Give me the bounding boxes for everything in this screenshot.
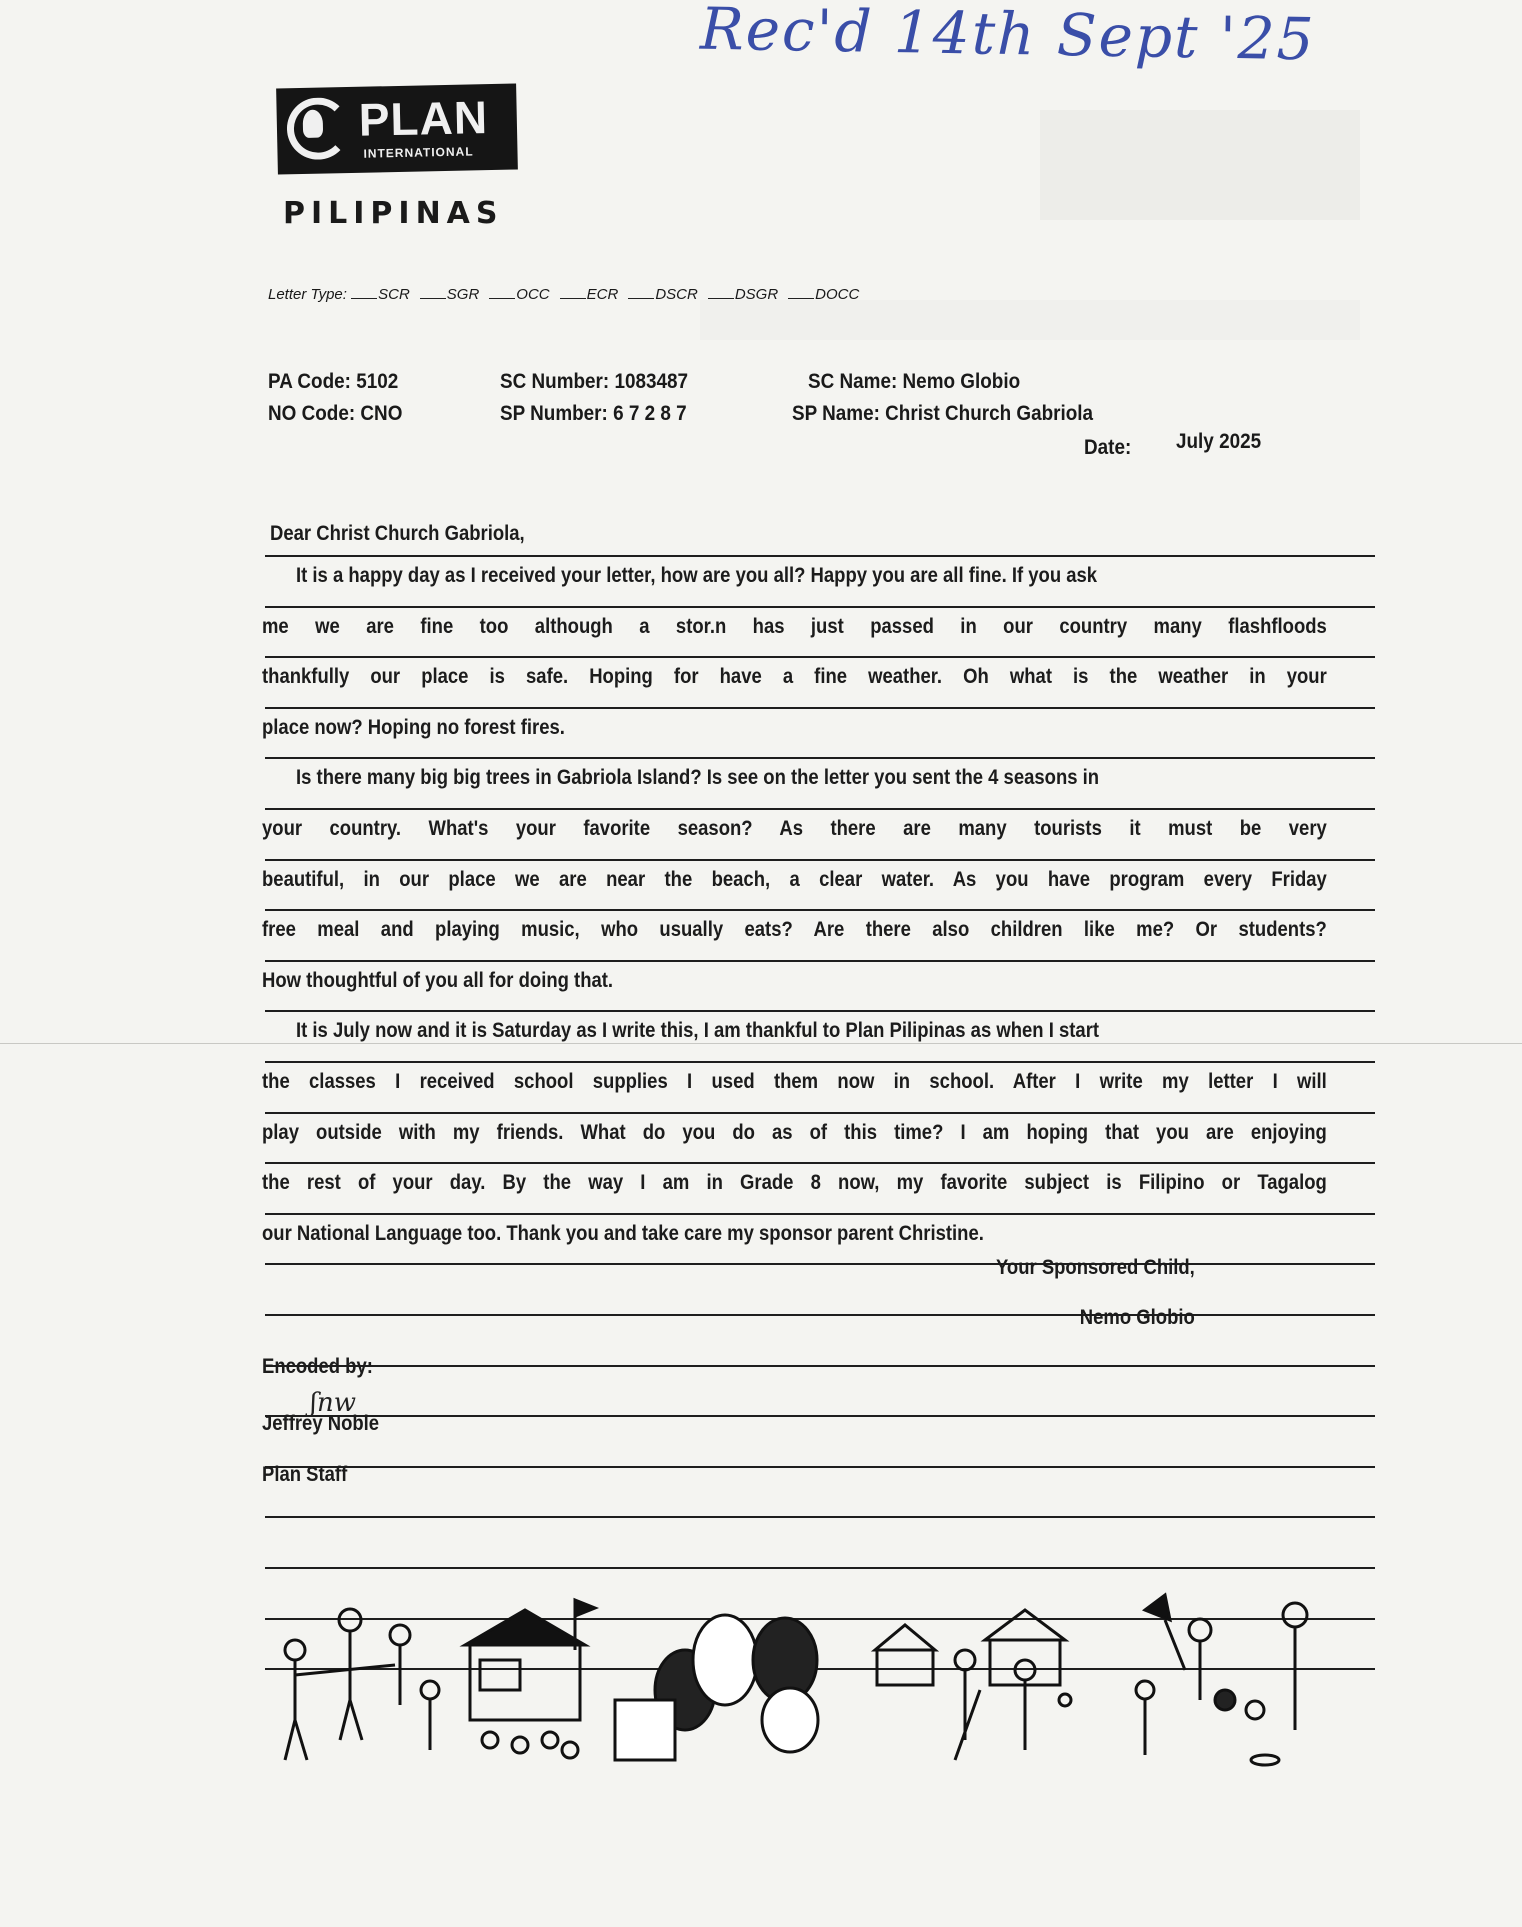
logo-child-icon	[303, 110, 324, 138]
ruled-line	[265, 656, 1375, 658]
letter-type-option: SGR	[420, 286, 480, 303]
salutation: Dear Christ Church Gabriola,	[270, 522, 1212, 546]
letter-line: your country. What's your favorite seaso…	[262, 817, 1327, 841]
ruled-line	[265, 808, 1375, 810]
closing: Your Sponsored Child,	[262, 1256, 1195, 1280]
country-label: PILIPINAS	[283, 196, 504, 231]
pa-code: PA Code: 5102	[268, 370, 398, 394]
school-house-icon	[465, 1600, 595, 1758]
sp-number: SP Number: 6 7 2 8 7	[500, 402, 687, 426]
family-faces-icon	[615, 1615, 818, 1760]
ruled-line	[265, 555, 1375, 557]
village-farming-icon	[875, 1610, 1071, 1760]
ruled-line	[265, 1516, 1375, 1518]
ruled-line	[265, 909, 1375, 911]
letter-type-option: SCR	[351, 286, 410, 303]
logo-wordmark: PLAN	[358, 90, 488, 147]
bleed-through-stamp	[1040, 110, 1360, 220]
ruled-line	[265, 1112, 1375, 1114]
sc-number: SC Number: 1083487	[500, 370, 688, 394]
letter-line: place now? Hoping no forest fires.	[262, 716, 1204, 740]
letter-type-row: Letter Type: SCRSGROCCECRDSCRDSGRDOCC	[268, 286, 869, 303]
letter-line: free meal and playing music, who usually…	[262, 918, 1327, 942]
ruled-line	[265, 960, 1375, 962]
letter-type-option: ECR	[560, 286, 619, 303]
letter-type-label: Letter Type:	[268, 286, 347, 303]
letter-line: our National Language too. Thank you and…	[262, 1222, 1204, 1246]
encoded-by-label: Encoded by:	[262, 1355, 1204, 1379]
children-playing-icon	[1136, 1595, 1307, 1765]
letter-type-option: DOCC	[788, 286, 859, 303]
ruled-line	[265, 1061, 1375, 1063]
encoder-role: Plan Staff	[262, 1463, 1204, 1487]
paper-fold-crease	[0, 1043, 1522, 1044]
sc-name: SC Name: Nemo Globio	[808, 370, 1020, 394]
sp-name: SP Name: Christ Church Gabriola	[792, 402, 1093, 426]
ruled-line	[265, 1162, 1375, 1164]
received-date-note: Rec'd 14th Sept '25	[699, 0, 1316, 73]
ruled-line	[265, 1567, 1375, 1569]
ruled-line	[265, 1213, 1375, 1215]
ruled-line	[265, 707, 1375, 709]
letter-line: It is a happy day as I received your let…	[296, 564, 1238, 588]
letter-line: the rest of your day. By the way I am in…	[262, 1171, 1327, 1195]
letter-line: me we are fine too although a stor.n has…	[262, 615, 1327, 639]
child-signature-name: Nemo Globio	[262, 1306, 1195, 1330]
plan-international-logo: PLAN INTERNATIONAL	[276, 83, 518, 174]
letter-line: beautiful, in our place we are near the …	[262, 868, 1327, 892]
ruled-line	[265, 757, 1375, 759]
letter-type-option: DSGR	[708, 286, 778, 303]
date-value: July 2025	[1176, 430, 1261, 454]
letter-type-option: DSCR	[628, 286, 698, 303]
letter-line: It is July now and it is Saturday as I w…	[296, 1019, 1238, 1043]
letter-type-option: OCC	[489, 286, 549, 303]
ruled-line	[265, 606, 1375, 608]
letter-line: play outside with my friends. What do yo…	[262, 1121, 1327, 1145]
illustration-strip	[265, 1590, 1355, 1770]
letter-line: How thoughtful of you all for doing that…	[262, 969, 1204, 993]
encoder-name: Jeffrey Noble	[262, 1412, 1204, 1436]
people-holding-hands-icon	[285, 1609, 439, 1760]
no-code: NO Code: CNO	[268, 402, 402, 426]
letter-line: Is there many big big trees in Gabriola …	[296, 766, 1238, 790]
letter-line: the classes I received school supplies I…	[262, 1070, 1327, 1094]
date-label: Date:	[1084, 436, 1131, 460]
ruled-line	[265, 859, 1375, 861]
logo-subtext: INTERNATIONAL	[363, 144, 473, 160]
ruled-line	[265, 1010, 1375, 1012]
letter-line: thankfully our place is safe. Hoping for…	[262, 665, 1327, 689]
bleed-through-text	[700, 300, 1360, 340]
